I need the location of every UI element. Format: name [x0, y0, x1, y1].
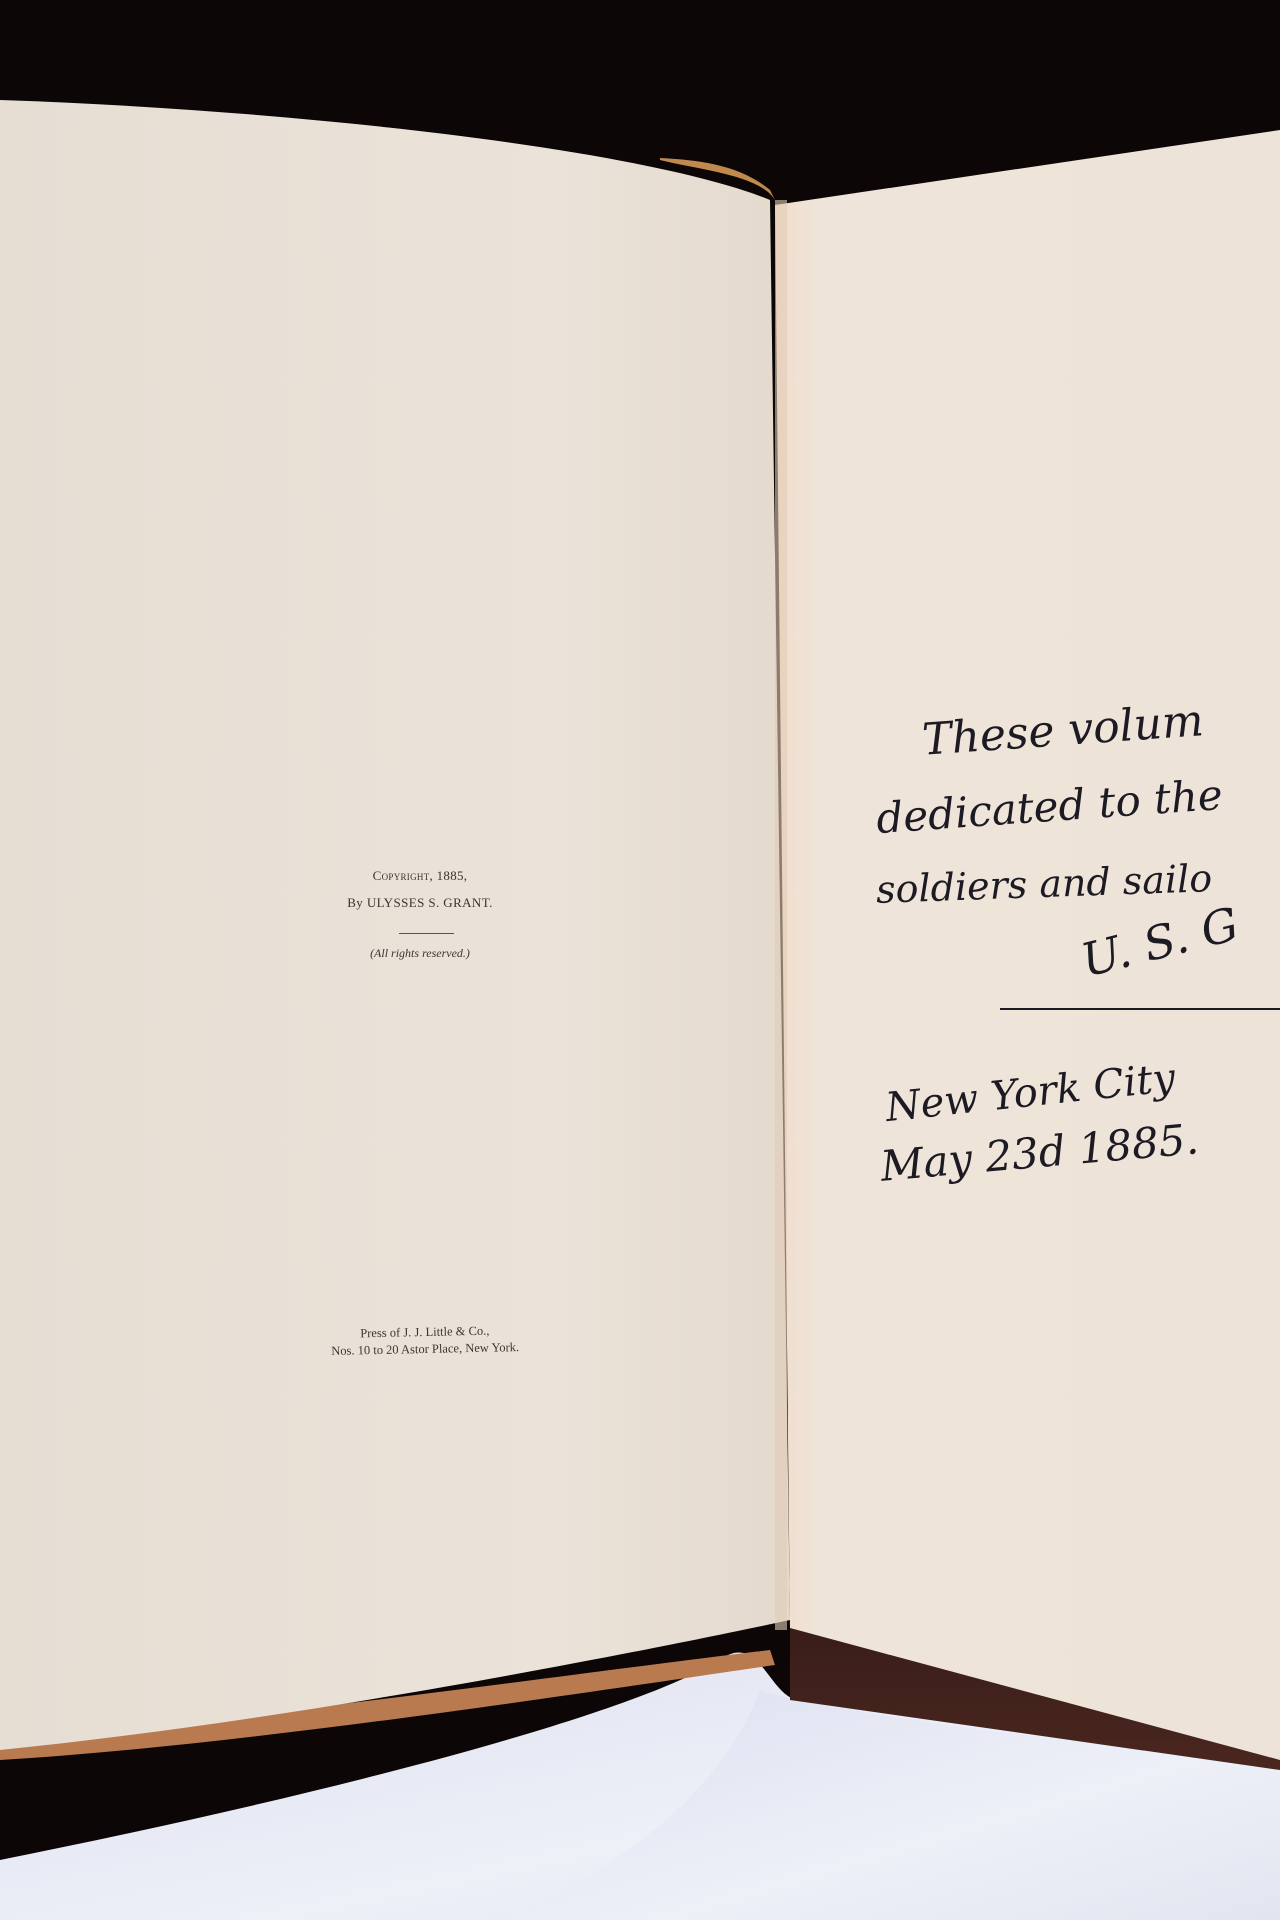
signature-underline	[1000, 1008, 1280, 1010]
copyright-text: Copyright, 1885,	[373, 868, 468, 883]
printer-imprint: Press of J. J. Little & Co., Nos. 10 to …	[280, 1321, 571, 1361]
rights-reserved: (All rights reserved.)	[300, 946, 540, 961]
copyright-divider	[399, 933, 454, 934]
author-byline: By ULYSSES S. GRANT.	[300, 895, 540, 911]
copyright-line: Copyright, 1885,	[300, 868, 540, 884]
photo-scene: Copyright, 1885, By ULYSSES S. GRANT. (A…	[0, 0, 1280, 1920]
